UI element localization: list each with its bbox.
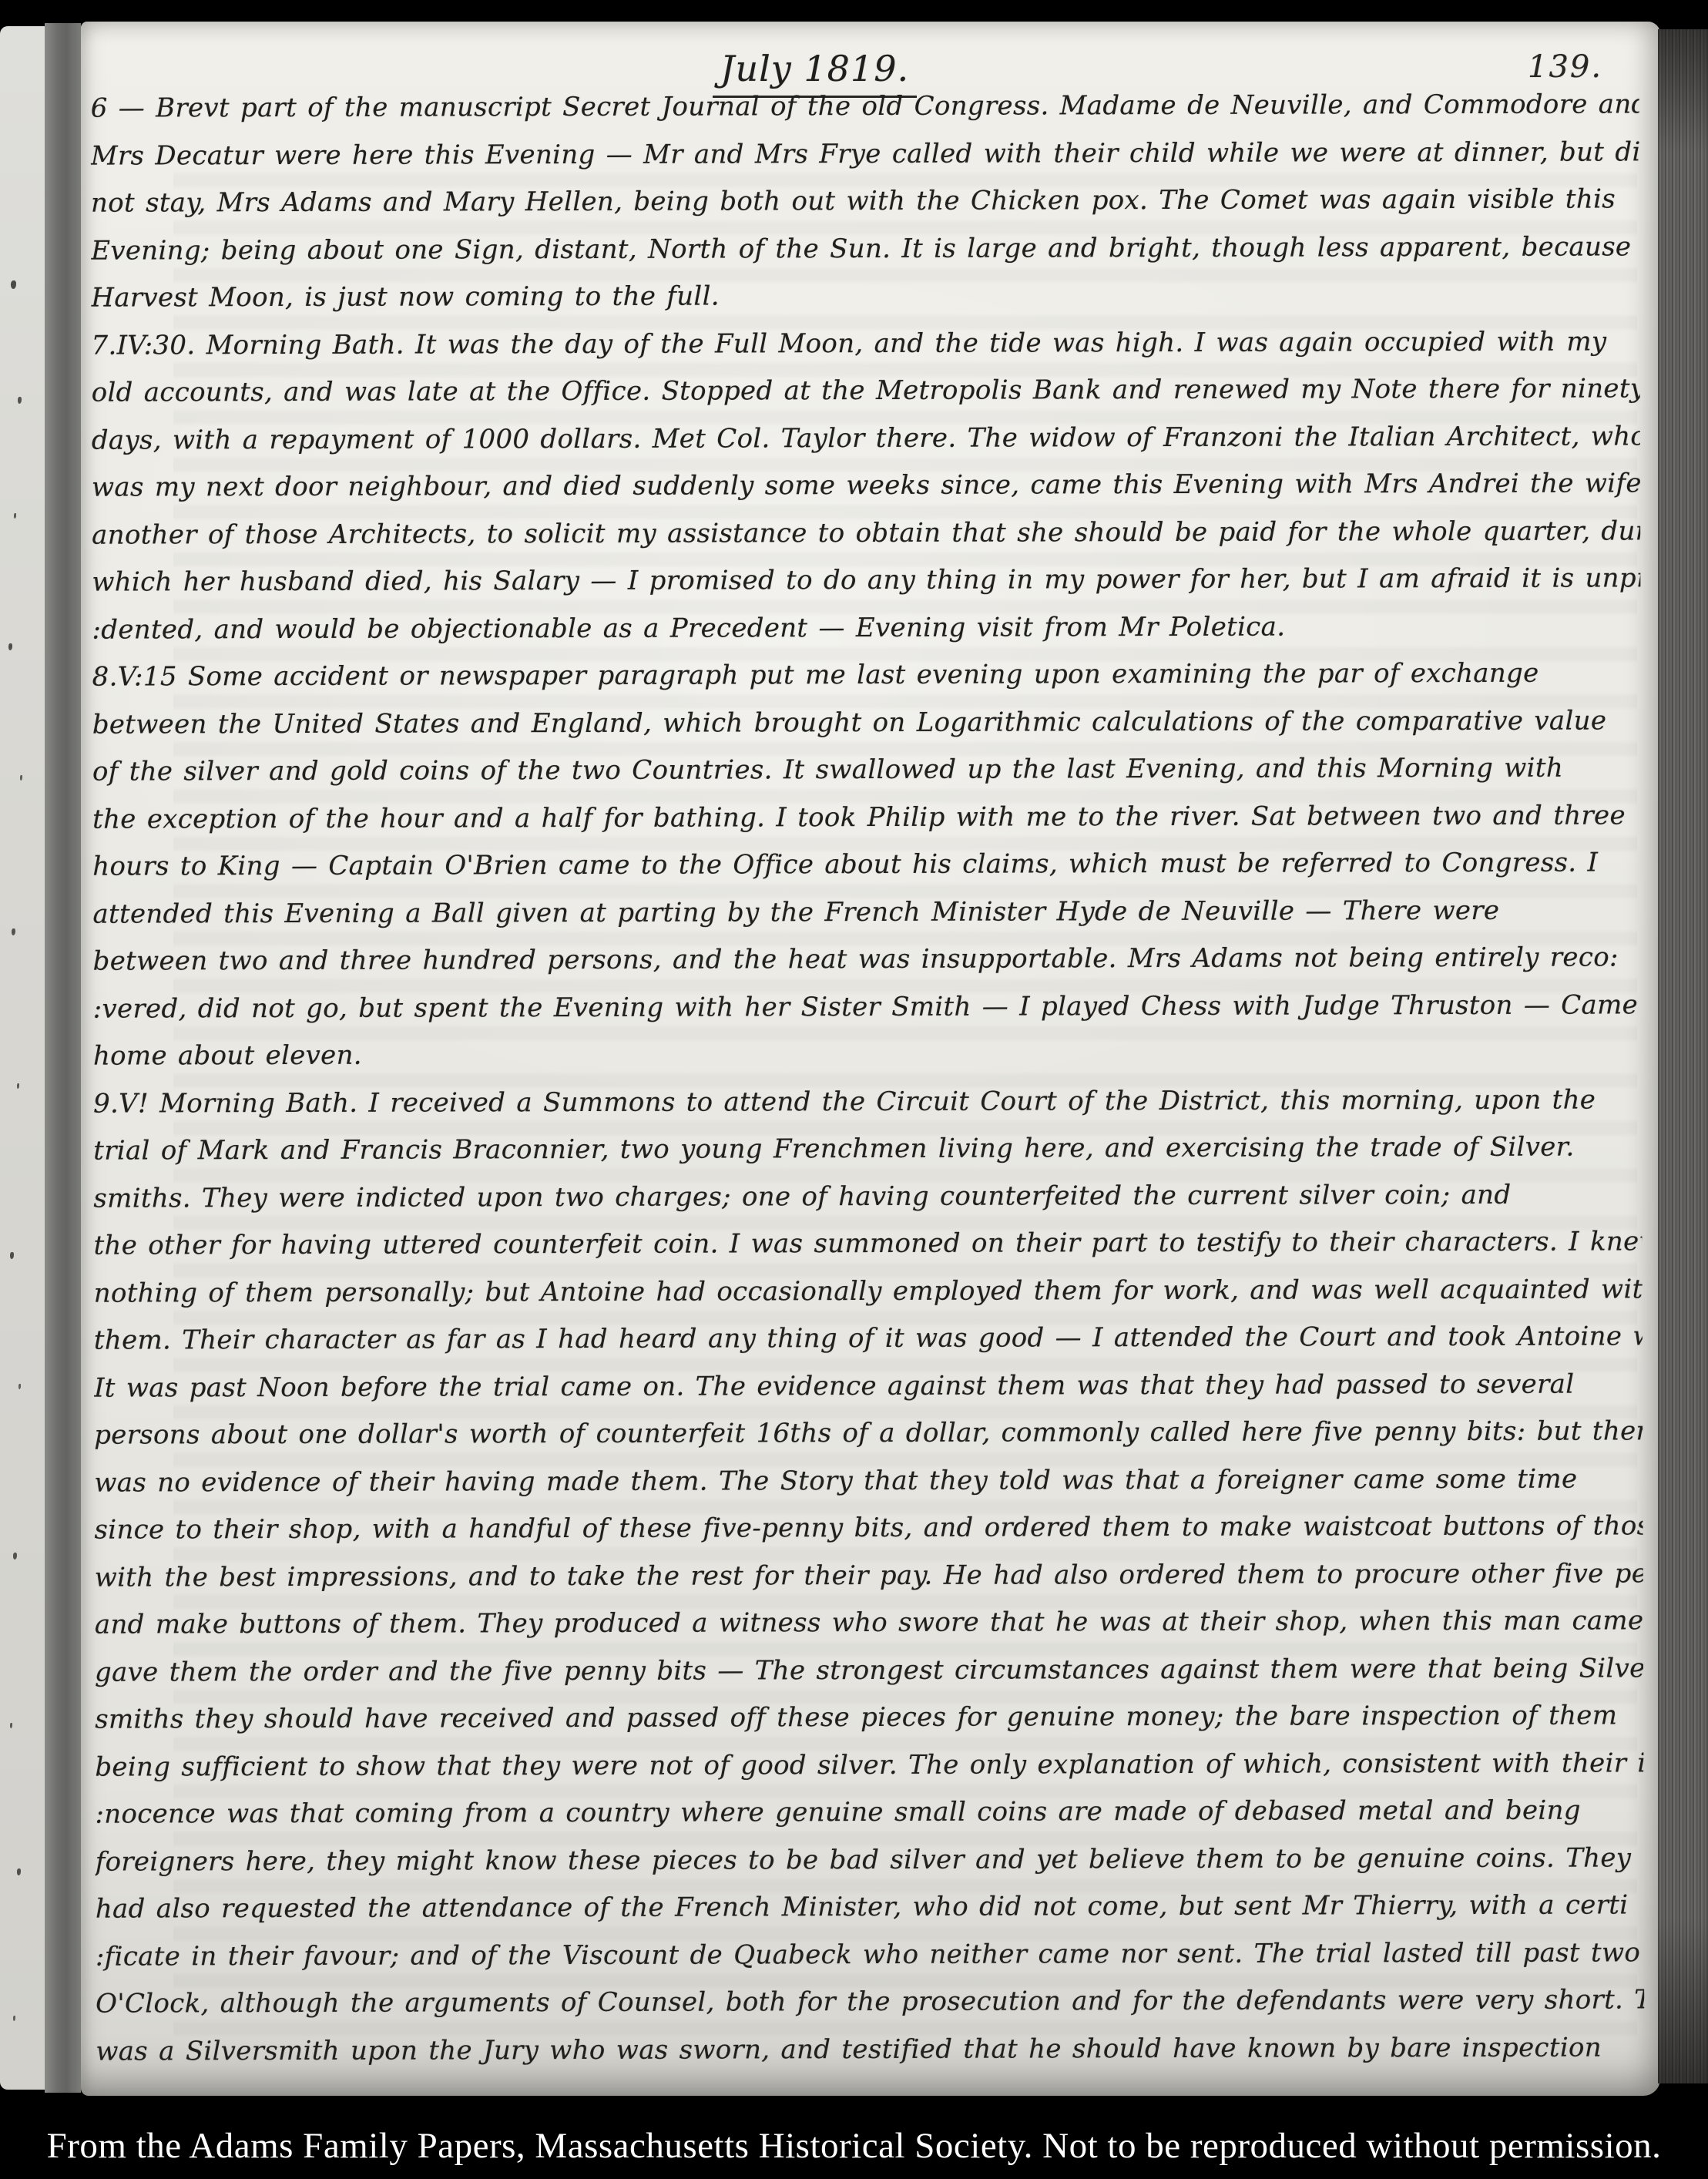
manuscript-line: persons about one dollar's worth of coun… <box>94 1408 1643 1459</box>
manuscript-line: hours to King — Captain O'Brien came to … <box>92 839 1641 891</box>
manuscript-page: July 1819. 139. 6 — Brevt part of the ma… <box>81 22 1660 2096</box>
manuscript-line: and make buttons of them. They produced … <box>95 1597 1643 1649</box>
archive-caption-bar: From the Adams Family Papers, Massachuse… <box>0 2113 1708 2179</box>
diary-entries: 6 — Brevt part of the manuscript Secret … <box>91 81 1645 2075</box>
diary-entry-july-7: 7.IV:30. Morning Bath. It was the day of… <box>91 318 1640 654</box>
manuscript-line: :nocence was that coming from a country … <box>95 1787 1643 1838</box>
manuscript-line: trial of Mark and Francis Braconnier, tw… <box>93 1123 1642 1175</box>
manuscript-line: :dented, and would be objectionable as a… <box>92 603 1640 654</box>
manuscript-line: 7.IV:30. Morning Bath. It was the day of… <box>91 318 1639 370</box>
manuscript-scan-photo: July 1819. 139. 6 — Brevt part of the ma… <box>0 0 1708 2179</box>
manuscript-line: was my next door neighbour, and died sud… <box>92 460 1640 512</box>
manuscript-line: :ficate in their favour; and of the Visc… <box>96 1929 1644 1981</box>
manuscript-line: nothing of them personally; but Antoine … <box>94 1266 1643 1318</box>
book-fore-edge <box>1658 29 1708 2083</box>
manuscript-line: :vered, did not go, but spent the Evenin… <box>93 982 1642 1033</box>
archive-caption: From the Adams Family Papers, Massachuse… <box>47 2125 1662 2167</box>
binding-gutter <box>45 23 81 2093</box>
manuscript-line: foreigners here, they might know these p… <box>96 1835 1644 1886</box>
manuscript-line: the exception of the hour and a half for… <box>92 792 1641 844</box>
manuscript-line: with the best impressions, and to take t… <box>95 1550 1643 1602</box>
diary-entry-july-8: 8.V:15 Some accident or newspaper paragr… <box>92 650 1642 1080</box>
manuscript-line: attended this Evening a Ball given at pa… <box>92 887 1641 938</box>
manuscript-line: since to their shop, with a handful of t… <box>94 1502 1643 1554</box>
diary-entry-july-9: 9.V! Morning Bath. I received a Summons … <box>93 1076 1644 2076</box>
manuscript-line: Mrs Decatur were here this Evening — Mr … <box>91 129 1639 180</box>
manuscript-line: It was past Noon before the trial came o… <box>94 1361 1643 1412</box>
manuscript-line: old accounts, and was late at the Office… <box>92 365 1640 417</box>
manuscript-line: Evening; being about one Sign, distant, … <box>91 223 1639 275</box>
manuscript-line: smiths they should have received and pas… <box>95 1692 1643 1744</box>
manuscript-line: 9.V! Morning Bath. I received a Summons … <box>93 1076 1642 1128</box>
previous-page-edge <box>0 26 45 2090</box>
manuscript-line: had also requested the attendance of the… <box>96 1882 1644 1933</box>
manuscript-line: which her husband died, his Salary — I p… <box>92 555 1640 606</box>
manuscript-line: being sufficient to show that they were … <box>95 1740 1643 1791</box>
manuscript-line: home about eleven. <box>93 1029 1642 1080</box>
manuscript-line: Harvest Moon, is just now coming to the … <box>91 270 1639 322</box>
manuscript-line: was no evidence of their having made the… <box>94 1455 1643 1507</box>
manuscript-line: gave them the order and the five penny b… <box>95 1645 1643 1697</box>
manuscript-line: was a Silversmith upon the Jury who was … <box>96 2024 1644 2076</box>
manuscript-line: O'Clock, although the arguments of Couns… <box>96 1976 1644 2028</box>
manuscript-line: the other for having uttered counterfeit… <box>93 1218 1642 1270</box>
diary-entry-july-6: 6 — Brevt part of the manuscript Secret … <box>91 81 1640 322</box>
stray-ink-marks <box>11 280 16 289</box>
manuscript-line: them. Their character as far as I had he… <box>94 1313 1643 1365</box>
manuscript-line: between two and three hundred persons, a… <box>93 934 1642 985</box>
manuscript-line: not stay, Mrs Adams and Mary Hellen, bei… <box>91 176 1639 227</box>
manuscript-line: smiths. They were indicted upon two char… <box>93 1171 1642 1223</box>
page-number: 139. <box>1528 49 1602 85</box>
manuscript-line: of the silver and gold coins of the two … <box>92 744 1641 796</box>
manuscript-line: between the United States and England, w… <box>92 697 1641 749</box>
manuscript-line: days, with a repayment of 1000 dollars. … <box>92 413 1640 465</box>
manuscript-line: 8.V:15 Some accident or newspaper paragr… <box>92 650 1641 701</box>
manuscript-line: another of those Architects, to solicit … <box>92 508 1640 559</box>
manuscript-line: 6 — Brevt part of the manuscript Secret … <box>91 81 1639 133</box>
